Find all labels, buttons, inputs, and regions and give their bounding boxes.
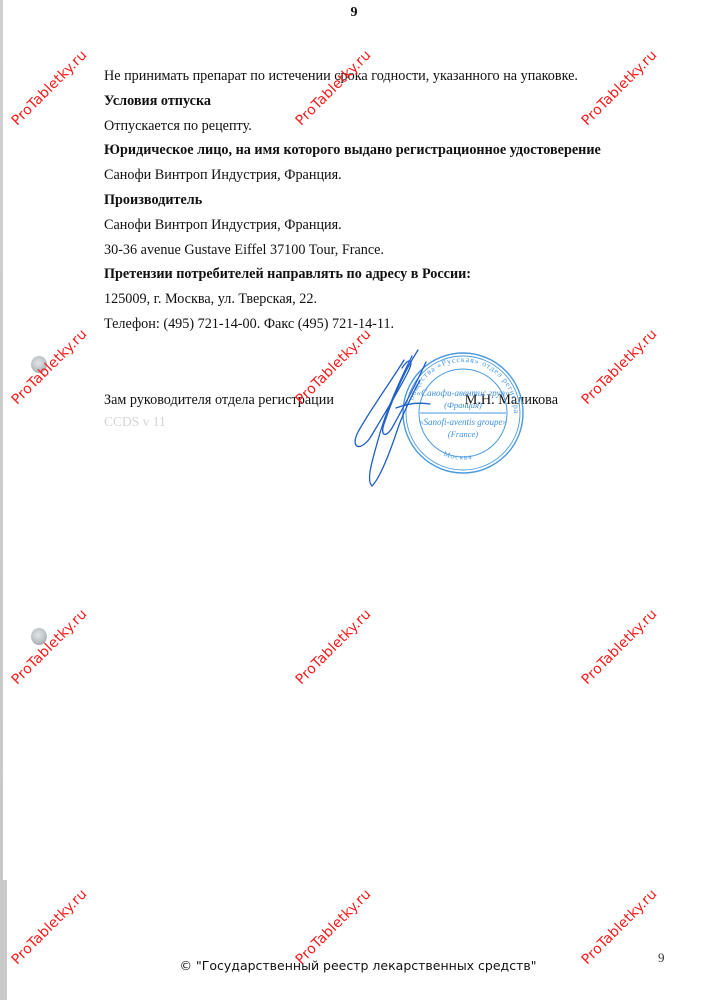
punch-hole-icon bbox=[31, 356, 47, 373]
manufacturer-name: Санофи Винтроп Индустрия, Франция. bbox=[104, 215, 644, 240]
scan-edge-strip-bottom bbox=[0, 880, 7, 1000]
watermark-text: ProTabletky.ru bbox=[9, 886, 91, 968]
manufacturer-address: 30-36 avenue Gustave Eiffel 37100 Tour, … bbox=[104, 240, 644, 265]
legal-entity-text: Санофи Винтроп Индустрия, Франция. bbox=[104, 165, 644, 190]
watermark-text: ProTabletky.ru bbox=[9, 47, 91, 129]
document-code: CCDS v 11 bbox=[104, 414, 166, 430]
expiry-warning-text: Не принимать препарат по истечении срока… bbox=[104, 66, 644, 91]
svg-text:(France): (France) bbox=[448, 429, 478, 439]
dispensing-conditions-text: Отпускается по рецепту. bbox=[104, 116, 644, 141]
watermark-text: ProTabletky.ru bbox=[9, 326, 91, 408]
svg-text:(Франция): (Франция) bbox=[444, 400, 482, 410]
footer-page-number: 9 bbox=[658, 950, 665, 966]
footer-copyright: © "Государственный реестр лекарственных … bbox=[0, 958, 708, 973]
watermark-text: ProTabletky.ru bbox=[293, 606, 375, 688]
scan-edge-strip bbox=[0, 0, 3, 1000]
claims-address-heading: Претензии потребителей направлять по адр… bbox=[104, 264, 644, 289]
signatory-title: Зам руководителя отдела регистрации bbox=[104, 390, 334, 410]
claims-phone-fax: Телефон: (495) 721-14-00. Факс (495) 721… bbox=[104, 314, 644, 339]
stamp-and-signature: общества «Русская» отдел регистрации Мос… bbox=[340, 340, 540, 490]
punch-hole-icon bbox=[31, 628, 47, 645]
document-body: Не принимать препарат по истечении срока… bbox=[104, 66, 644, 339]
legal-entity-heading: Юридическое лицо, на имя которого выдано… bbox=[104, 140, 644, 165]
watermark-text: ProTabletky.ru bbox=[579, 606, 661, 688]
svg-text:Москва: Москва bbox=[442, 449, 473, 462]
claims-address: 125009, г. Москва, ул. Тверская, 22. bbox=[104, 289, 644, 314]
page-number-header: 9 bbox=[0, 5, 708, 21]
svg-text:«Санофи-авентис груп»: «Санофи-авентис груп» bbox=[417, 388, 510, 398]
manufacturer-heading: Производитель bbox=[104, 190, 644, 215]
watermark-text: ProTabletky.ru bbox=[293, 886, 375, 968]
stamp-icon: общества «Русская» отдел регистрации Мос… bbox=[340, 340, 523, 473]
dispensing-conditions-heading: Условия отпуска bbox=[104, 91, 644, 116]
svg-text:общества «Русская» отдел регис: общества «Русская» отдел регистрации bbox=[340, 340, 521, 414]
watermark-text: ProTabletky.ru bbox=[9, 606, 91, 688]
svg-text:«Sanofi-aventis groupe»: «Sanofi-aventis groupe» bbox=[419, 417, 507, 427]
watermark-text: ProTabletky.ru bbox=[579, 886, 661, 968]
